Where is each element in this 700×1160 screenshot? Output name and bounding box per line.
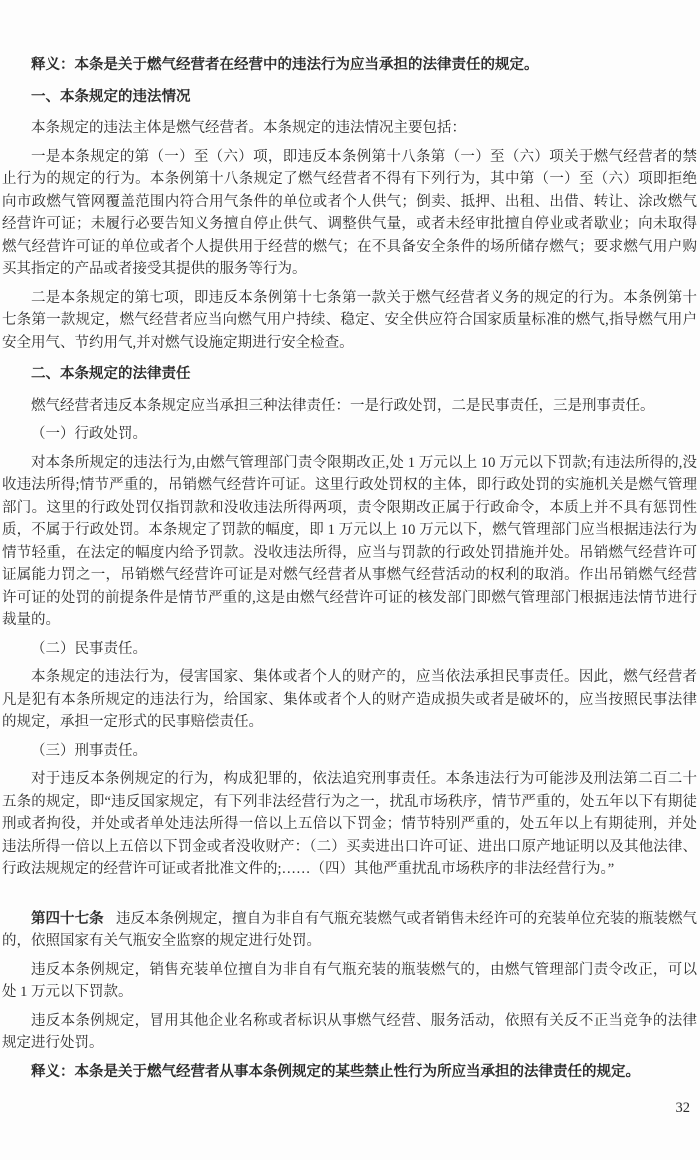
commentary-paragraph: 对于违反本条例规定的行为，构成犯罪的，依法追究刑事责任。本条违法行为可能涉及刑法…: [2, 768, 697, 881]
article-47-clause-2: 违反本条例规定，销售充装单位擅自为非自有气瓶充装的瓶装燃气的，由燃气管理部门责令…: [2, 959, 697, 1004]
page-number: 32: [676, 1100, 691, 1117]
commentary-paragraph: 二是本条规定的第七项，即违反本条例第十七条第一款关于燃气经营者义务的规定的行为。…: [2, 287, 697, 355]
section-heading-violations: 一、本条规定的违法情况: [2, 86, 697, 109]
article-47-term: 第四十七条: [31, 911, 104, 927]
interpretation-paragraph: 释义：本条是关于燃气经营者从事本条例规定的某些禁止性行为所应当承担的法律责任的规…: [2, 1061, 697, 1084]
section-heading-liability: 二、本条规定的法律责任: [2, 363, 697, 386]
subheading-civil-liability: （二）民事责任。: [2, 638, 697, 661]
interpretation-paragraph: 释义：本条是关于燃气经营者在经营中的违法行为应当承担的法律责任的规定。: [2, 54, 697, 77]
article-47-text: 违反本条例规定，擅自为非自有气瓶充装燃气或者销售未经许可的充装单位充装的瓶装燃气…: [2, 911, 697, 950]
document-page: 释义：本条是关于燃气经营者在经营中的违法行为应当承担的法律责任的规定。 一、本条…: [0, 0, 700, 1160]
commentary-paragraph: 本条规定的违法主体是燃气经营者。本条规定的违法情况主要包括：: [2, 117, 697, 140]
article-47-clause-3: 违反本条例规定，冒用其他企业名称或者标识从事燃气经营、服务活动，依照有关反不正当…: [2, 1010, 697, 1055]
commentary-paragraph: 一是本条规定的第（一）至（六）项，即违反本条例第十八条第（一）至（六）项关于燃气…: [2, 146, 697, 281]
subheading-criminal-liability: （三）刑事责任。: [2, 740, 697, 763]
article-47-paragraph: 第四十七条违反本条例规定，擅自为非自有气瓶充装燃气或者销售未经许可的充装单位充装…: [2, 908, 697, 953]
commentary-paragraph: 燃气经营者违反本条规定应当承担三种法律责任：一是行政处罚，二是民事责任，三是刑事…: [2, 395, 697, 418]
subheading-administrative-penalty: （一）行政处罚。: [2, 423, 697, 446]
commentary-paragraph: 本条规定的违法行为，侵害国家、集体或者个人的财产的，应当依法承担民事责任。因此，…: [2, 666, 697, 734]
commentary-paragraph: 对本条所规定的违法行为,由燃气管理部门责令限期改正,处 1 万元以上 10 万元…: [2, 452, 697, 632]
